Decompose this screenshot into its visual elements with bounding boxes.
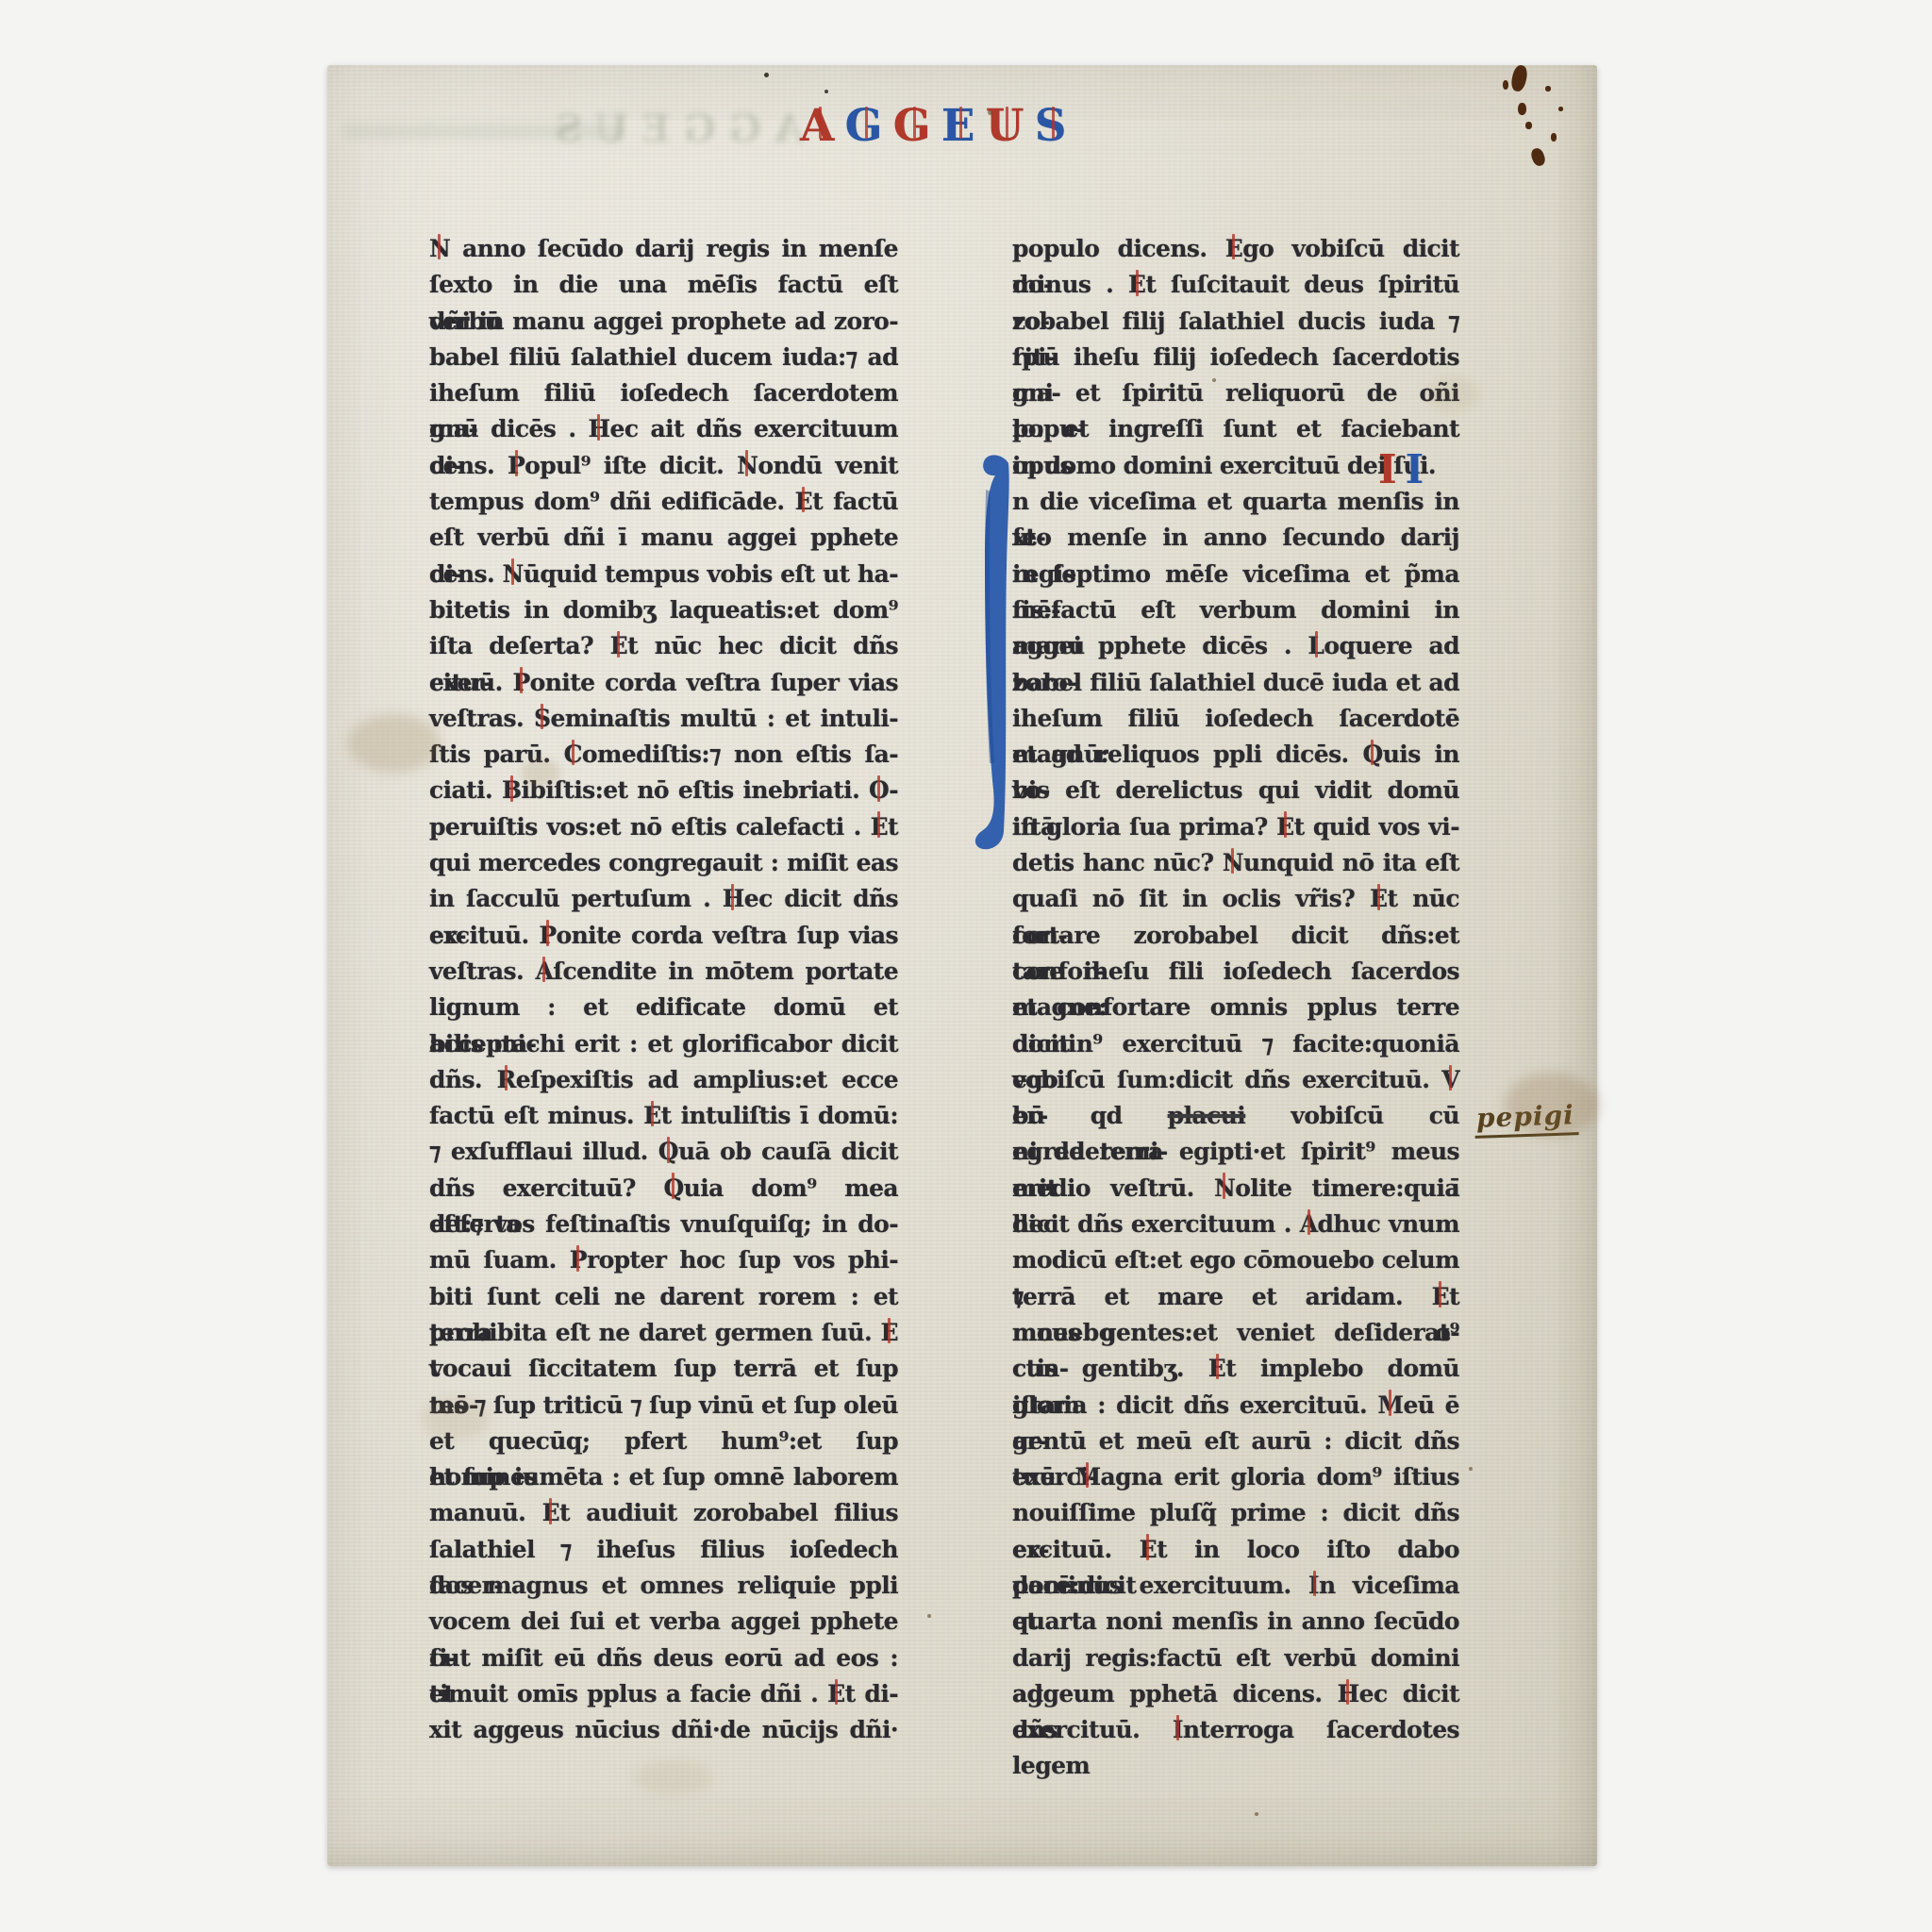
rubricated-capital: N: [503, 557, 524, 592]
text-line: ritū iheſu filij ioſedech ſacerdotis ma-: [1012, 340, 1459, 375]
foxing-dot: [1469, 1467, 1473, 1471]
foxing-dot: [927, 1614, 931, 1618]
rubricated-capital: G: [893, 104, 941, 148]
rubricated-capital: U: [986, 104, 1035, 148]
rubricated-capital: O: [869, 773, 889, 808]
text-line: prohibita eſt ne daret germen ſuū. Et: [429, 1315, 898, 1351]
running-title-aggeus: AGGEUS: [800, 99, 1077, 148]
pigment-speck: [1545, 86, 1551, 92]
rubricated-capital: N: [1223, 845, 1243, 881]
text-line: babel filiū ſalathiel ducē iuda et ad: [1012, 665, 1459, 701]
text-line: aggei pphete dicēs . Loquere ad zoro-: [1012, 628, 1459, 664]
rubricated-capital: Q: [658, 1134, 678, 1170]
chapter-numeral-blue-I: I: [1406, 450, 1424, 490]
text-line: robabel filij ſalathiel ducis iuda ⁊ ſpi…: [1012, 304, 1459, 340]
text-line: ⁊ exſufflaui illud. Quā ob cauſā dicit: [429, 1134, 898, 1170]
text-line: et confortare omnis pplus terre dicit: [1012, 990, 1459, 1025]
pigment-speck: [1551, 133, 1557, 142]
pigment-speck: [1529, 146, 1547, 167]
text-line: peruiſtis vos:et nō eſtis calefacti . Et: [429, 809, 898, 845]
rubricated-capital: P: [512, 665, 529, 701]
text-line: veſtras. Seminaſtis multū : et intuli-: [429, 701, 898, 737]
text-line: lignum : et edificate domū et accepta-: [429, 990, 898, 1025]
rubricated-capital: I: [1173, 1712, 1183, 1748]
rubricated-capital: H: [1338, 1676, 1359, 1712]
text-line: medio veſtrū. Nolite timere:quia hec: [1012, 1171, 1459, 1207]
text-line: vobiſcū ſum:dicit dñs exercituū. Ver-: [1012, 1062, 1459, 1098]
text-line: bū qd placui vobiſcū cū egrederemi-: [1012, 1098, 1459, 1134]
rubricated-capital: S: [534, 701, 550, 737]
rubricated-capital: E: [871, 809, 888, 845]
text-line: veſtras. Aſcendite in mōtem portate: [429, 954, 898, 990]
text-line: ctis gentibʒ. Et implebo domū iſtam: [1012, 1351, 1459, 1387]
text-line: ſalathiel ⁊ iheſus filius ioſedech ſacer…: [429, 1532, 898, 1568]
text-line: biti ſunt celi ne darent rorem : et terr…: [429, 1279, 898, 1315]
struck-word: placui: [1168, 1102, 1245, 1129]
text-line: timuit omīs pplus a facie dñi . Et di-: [429, 1676, 898, 1712]
title-letter: G: [844, 104, 892, 148]
text-line: bilis michi erit : et glorificabor dicit: [429, 1026, 898, 1062]
text-line: manuū. Et audiuit zorobabel filius: [429, 1495, 898, 1531]
rubricated-capital: Q: [663, 1171, 683, 1207]
ink-dot: [824, 90, 828, 93]
text-line: qui mercedes congregauit : miſit eas: [429, 845, 898, 881]
text-line: factū eſt minus. Et intuliſtis ī domū:: [429, 1098, 898, 1134]
text-line: dicit dñs exercituum . Adhuc vnum: [1012, 1207, 1459, 1242]
text-line: gloria : dicit dñs exercituū. Meū ē ar-: [1012, 1388, 1459, 1424]
text-line: quaſi nō ſit in oclis vr̃is? Et nūc con-: [1012, 881, 1459, 917]
text-line: eſt:⁊ vos feſtinaſtis vnuſquiſq; in do-: [429, 1207, 898, 1242]
text-line: mnes gentes:et veniet deſiderat⁹ cun-: [1012, 1315, 1459, 1351]
rubricated-capital: P: [508, 448, 525, 484]
rubricated-capital: A: [800, 104, 844, 148]
text-line: et ad reliquos ppli dicēs. Quis in vo-: [1012, 737, 1459, 773]
text-line: gnū dicēs . Hec ait dñs exercituum di-: [429, 411, 898, 447]
rubricated-capital: H: [723, 881, 744, 917]
text-line: ni de terra egipti·et ſpirit⁹ meus erit …: [1012, 1134, 1459, 1170]
rubricated-capital: P: [539, 918, 556, 954]
text-line: in gloria ſua prima? Et quid vos vi-: [1012, 809, 1459, 845]
text-line: ciati. Bibiſtis:et nō eſtis inebriati. O…: [429, 773, 898, 808]
stain: [634, 1761, 713, 1795]
chapter-numeral-red-I: I: [1378, 450, 1397, 490]
text-line: tare iheſu fili ioſedech ſacerdos magne:: [1012, 954, 1459, 990]
rubricated-capital: E: [795, 484, 812, 520]
text-line: xto menſe in anno ſecundo darij regis: [1012, 520, 1459, 556]
text-line: quarta noni menſis in anno ſecūdo: [1012, 1604, 1459, 1640]
rubricated-capital: P: [570, 1242, 587, 1278]
text-line: cut miſit eū dñs deus eorū ad eos : et: [429, 1641, 898, 1676]
rubricated-capital: G: [844, 104, 892, 148]
text-line: vocem dei ſui et verba aggei pphete ſi-: [429, 1604, 898, 1640]
rubricated-capital: H: [589, 411, 610, 447]
text-line: domin⁹ exercituū ⁊ facite:quoniā ego: [1012, 1026, 1459, 1062]
text-line: ſtis parū. Comediſtis:⁊ non eſtis ſa-: [429, 737, 898, 773]
rubricated-capital: E: [1276, 809, 1293, 845]
text-line: bis eſt derelictus qui vidit domū iſtā: [1012, 773, 1459, 808]
photograph-of-gutenberg-bible-leaf: { "palette": { "background": "#f4f4f3", …: [0, 0, 1932, 1932]
rubricated-capital: A: [535, 954, 553, 990]
illuminated-initial-I: [973, 452, 1014, 863]
text-line: et ſup iumēta : et ſup omnē laborem: [429, 1459, 898, 1495]
rubricated-capital: E: [827, 1676, 844, 1712]
text-line: lo: et ingreſſi ſunt et faciebant opus: [1012, 411, 1459, 447]
rubricated-capital: E: [542, 1495, 559, 1531]
rubricated-capital: E: [881, 1315, 898, 1351]
pigment-speck: [1525, 122, 1532, 129]
text-line: terrā et mare et aridam. Et mouebo o-: [1012, 1279, 1459, 1315]
foxing-dot: [1255, 1812, 1258, 1816]
text-line: ercituū. Ponite corda veſtra ſup vias: [429, 918, 898, 954]
text-line: nouiſſime pluſq̃ prime : dicit dñs ex-: [1012, 1495, 1459, 1531]
title-letter: A: [800, 104, 844, 148]
text-line: cens. Popul⁹ iſte dicit. Nondū venit: [429, 448, 898, 484]
text-line: modicū eſt:et ego cōmouebo celum ⁊: [1012, 1242, 1459, 1278]
pigment-speck: [1518, 103, 1526, 115]
text-line: ſis:factū eſt verbum domini in manu: [1012, 592, 1459, 628]
rubricated-capital: V: [1441, 1062, 1459, 1098]
text-line: exercituū. Interroga ſacerdotes legem: [1012, 1712, 1459, 1748]
text-line: vocaui ſiccitatem ſup terrā et ſup mō-: [429, 1351, 898, 1387]
text-line: et quecūq; pfert hum⁹:et ſup homines: [429, 1424, 898, 1459]
pigment-speck: [1558, 107, 1563, 111]
text-line: dñs. Reſpexiſtis ad amplius:et ecce: [429, 1062, 898, 1098]
text-line: xit aggeus nūcius dñi·de nūcijs dñi·: [429, 1712, 898, 1748]
text-line: tes ⁊ ſup triticū ⁊ ſup vinū et ſup oleū: [429, 1388, 898, 1424]
rubricated-capital: C: [564, 737, 582, 773]
text-column-left: N anno ſecūdo darij regis in menſeſexto …: [429, 231, 898, 1748]
show-through-title-ghost: AGGEUS: [521, 107, 804, 151]
text-line: tuū. Magna erit gloria dom⁹ iſtius: [1012, 1459, 1459, 1495]
bible-leaf-page: AGGEUS AGGEUS N anno ſecūdo darij regis …: [327, 65, 1597, 1866]
ink-dot: [764, 73, 769, 77]
text-line: cituū. Ponite corda veſtra ſuper vias: [429, 665, 898, 701]
text-line: dos magnus et omnes reliquie ppli: [429, 1568, 898, 1604]
rubricated-capital: N: [1214, 1171, 1235, 1207]
rubricated-capital: E: [643, 1098, 660, 1134]
rubricated-capital: E: [1208, 1351, 1225, 1387]
text-line: in ſacculū pertuſum . Hec dicit dñs ex-: [429, 881, 898, 917]
rubricated-capital: E: [1225, 231, 1242, 267]
title-letter: E: [941, 104, 986, 148]
text-line: iheſum filiū ioſedech ſacerdotē magnū:: [1012, 701, 1459, 737]
text-line: mū ſuam. Propter hoc ſup vos phi-: [429, 1242, 898, 1278]
rubricated-capital: B: [502, 773, 522, 808]
rubricated-capital: E: [1140, 1532, 1157, 1568]
rubricated-capital: A: [1300, 1207, 1318, 1242]
text-line: babel filiū ſalathiel ducem iuda:⁊ ad: [429, 340, 898, 375]
rubricated-capital: N: [429, 231, 450, 267]
text-line: gentū et meū eſt aurū : dicit dñs exerci…: [1012, 1424, 1459, 1459]
rubricated-capital: E: [610, 628, 627, 664]
text-line: minus . Et ſuſcitauit deus ſpiritū zo-: [1012, 267, 1459, 303]
text-line: gni et ſpiritū reliquorū de oñi popu-: [1012, 375, 1459, 411]
pigment-speck: [1509, 64, 1528, 93]
rubricated-capital: E: [1370, 881, 1387, 917]
text-line: aggeum pphetā dicens. Hec dicit dñs: [1012, 1676, 1459, 1712]
text-line: detis hanc nūc? Nunquid nō ita eſt: [1012, 845, 1459, 881]
text-line: iheſum filiū ioſedech ſacerdotem ma-: [429, 375, 898, 411]
text-line: cens. Nūquid tempus vobis eſt ut ha-: [429, 557, 898, 592]
rubricated-capital: R: [497, 1062, 516, 1098]
text-line: dñs exercituū? Quia dom⁹ mea deſerta: [429, 1171, 898, 1207]
rubricated-capital: M: [1074, 1459, 1100, 1495]
initial-I-shape: [975, 455, 1009, 849]
text-line: iſta deſerta? Et nūc hec dicit dñs exer-: [429, 628, 898, 664]
text-line: dñi in manu aggei prophete ad zoro-: [429, 304, 898, 340]
rubricated-capital: L: [1307, 628, 1324, 664]
rubricated-capital: S: [1035, 104, 1077, 148]
text-line: eſt verbū dñi ī manu aggei pphete di-: [429, 520, 898, 556]
chapter-numeral-II: I I: [1378, 450, 1424, 490]
rubricated-capital: M: [1377, 1388, 1403, 1424]
text-line: bitetis in domibʒ laqueatis:et dom⁹: [429, 592, 898, 628]
text-line: darij regis:factū eſt verbū domini ad: [1012, 1641, 1459, 1676]
stain: [348, 714, 441, 773]
title-letter: S: [1035, 104, 1077, 148]
text-line: dominus exercituum. In viceſima et: [1012, 1568, 1459, 1604]
rubricated-capital: I: [1308, 1568, 1319, 1604]
text-line: tempus dom⁹ dñi edificāde. Et factū: [429, 484, 898, 520]
text-line: in ſeptimo mēſe viceſima et p̃ma mē-: [1012, 557, 1459, 592]
rubricated-capital: Q: [1363, 737, 1383, 773]
margin-note-pepigi: pepigi: [1474, 1099, 1578, 1139]
title-letter: U: [986, 104, 1035, 148]
pigment-speck: [1503, 80, 1508, 90]
rubricated-capital: N: [737, 448, 758, 484]
text-line: ſexto in die una mēſis factū eſt verbū: [429, 267, 898, 303]
rubricated-capital: E: [1128, 267, 1145, 303]
text-line: N anno ſecūdo darij regis in menſe: [429, 231, 898, 267]
text-line: fortare zorobabel dicit dñs:et confor-: [1012, 918, 1459, 954]
text-line: ercituū. Et in loco iſto dabo pacē:dicit: [1012, 1532, 1459, 1568]
title-letter: G: [893, 104, 941, 148]
rubricated-capital: E: [941, 104, 986, 148]
text-line: populo dicens. Ego vobiſcū dicit do-: [1012, 231, 1459, 267]
rubricated-capital: E: [1432, 1279, 1449, 1315]
